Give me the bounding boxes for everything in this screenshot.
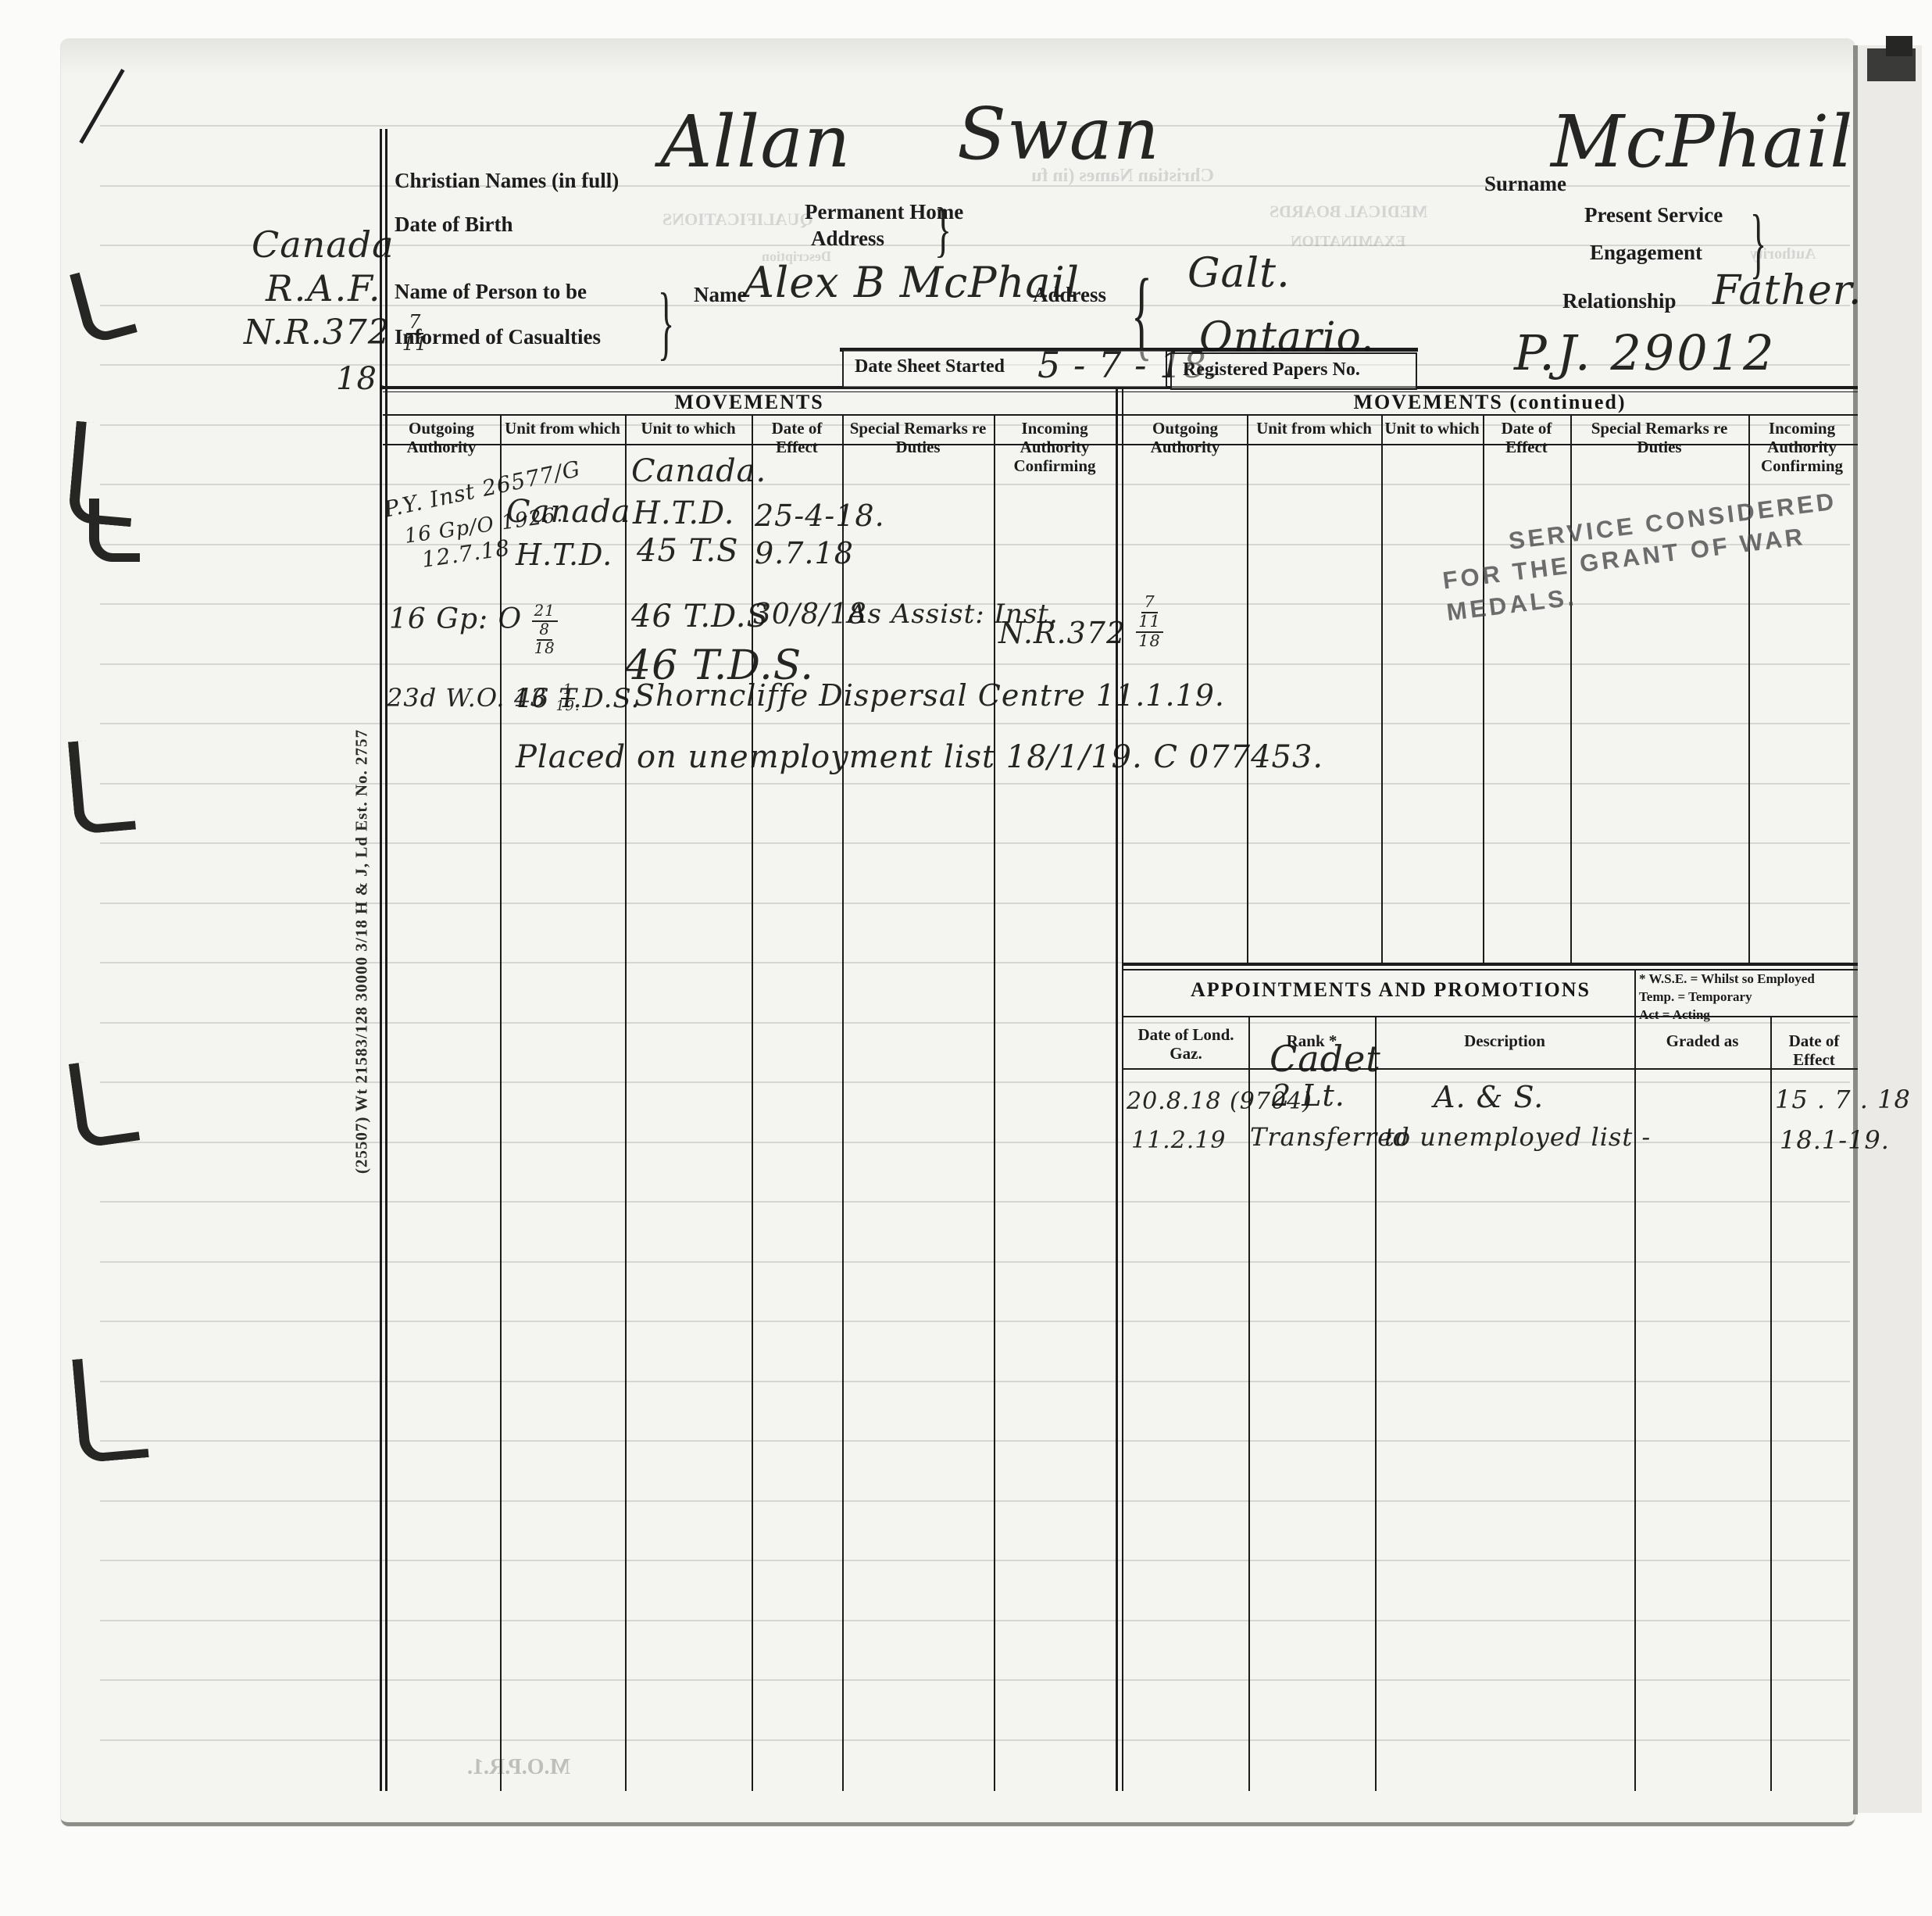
bleedthrough-text: QUALIFICATIONS: [662, 209, 813, 230]
nok-address-label: Address: [1033, 283, 1106, 307]
movements-col-unit-to: Unit to which: [627, 419, 750, 438]
ruled-line: [100, 1381, 1850, 1382]
grid-vline: [1116, 386, 1118, 1791]
binder-hole-mark: [72, 1353, 148, 1463]
movements2-col-remarks: Special Remarks re Duties: [1572, 419, 1747, 456]
grid-hline: [1123, 1068, 1858, 1070]
appt-row1-description: A. & S.: [1434, 1080, 1544, 1114]
christian-name-second-value: Swan: [957, 92, 1160, 176]
date-sheet-label: Date Sheet Started: [855, 356, 1005, 377]
movement-row1-date: 25-4-18.: [755, 499, 885, 533]
ruled-line: [100, 1261, 1850, 1263]
movements-continued-title: MOVEMENTS (continued): [1123, 391, 1856, 414]
ruled-line: [100, 1620, 1850, 1621]
grid-vline: [1570, 414, 1572, 963]
movement-pre-unit-to: Canada.: [631, 453, 766, 489]
grid-vline: [1122, 386, 1123, 1791]
movements2-col-date: Date of Effect: [1484, 419, 1569, 456]
appt-rank-cadet: Cadet: [1270, 1038, 1381, 1080]
christian-name-first-value: Allan: [660, 100, 851, 184]
adjacent-page-edge: [1858, 45, 1922, 1813]
relationship-value: Father.: [1712, 267, 1862, 314]
binder-hole-mark: [68, 737, 136, 835]
grid-vline: [625, 414, 627, 1791]
binder-edge-tab: [1886, 36, 1912, 56]
legend-act: Act = Acting: [1639, 1006, 1815, 1024]
movement-row5-note: Placed on unemployment list 18/1/19. C 0…: [516, 739, 1323, 775]
grid-vline: [1247, 414, 1248, 963]
grid-vline: [1381, 414, 1383, 963]
margin-force-note: R.A.F.: [266, 267, 381, 309]
movement-row1-unit-to: H.T.D.: [633, 495, 734, 531]
margin-service-note: Canada: [252, 223, 395, 266]
permanent-home-brace: }: [934, 194, 952, 264]
grid-vline: [1770, 1016, 1772, 1791]
appt-row1-effect: 15 . 7 . 18: [1775, 1085, 1911, 1114]
date-of-birth-label: Date of Birth: [395, 213, 512, 237]
movement-row3-authority: 16 Gp: O 21818: [389, 603, 558, 656]
movement-row3-incoming: N.R.372 71118: [998, 616, 1163, 650]
movement-row2-unit-to: 45 T.S: [637, 533, 739, 569]
movement-row1-unit-from: Canada: [506, 494, 631, 530]
appointments-title: APPOINTMENTS AND PROMOTIONS: [1141, 978, 1641, 1002]
nok-name-label: Name: [694, 283, 746, 307]
ruled-line: [100, 1440, 1850, 1442]
grid-hline: [1123, 963, 1858, 966]
nok-address-city: Galt.: [1187, 250, 1291, 297]
grid-vline: [1483, 414, 1484, 963]
bleedthrough-text: MEDICAL BOARDS: [1270, 202, 1427, 222]
christian-names-label: Christian Names (in full): [395, 169, 619, 193]
present-service-label: Present Service: [1584, 203, 1723, 227]
registered-papers-label: Registered Papers No.: [1183, 359, 1360, 381]
informed-brace: }: [658, 275, 674, 370]
papers-ref-value: P.J. 29012: [1514, 324, 1777, 381]
surname-value: McPhail: [1551, 100, 1854, 184]
movements-col-unit-from: Unit from which: [502, 419, 623, 438]
movements2-col-incoming: Incoming Authority Confirming: [1750, 419, 1854, 475]
ruled-line: [100, 484, 1850, 485]
grid-vline: [1634, 969, 1636, 1791]
movement-row3-unit-to: 46 T.D.S: [631, 599, 769, 634]
permanent-home-address-label: Address: [811, 227, 884, 251]
informed-label-line2: Informed of Casualties: [395, 325, 601, 349]
ruled-line: [100, 1500, 1850, 1502]
movements-title: MOVEMENTS: [383, 391, 1116, 414]
movements2-col-outgoing: Outgoing Authority: [1125, 419, 1245, 456]
scanned-service-record: Christian Names (in fu MEDICAL BOARDS QU…: [0, 0, 1932, 1916]
movements2-col-unit-to: Unit to which: [1383, 419, 1481, 438]
relationship-label: Relationship: [1562, 289, 1677, 313]
appt-row1-rank: 2 Lt.: [1272, 1078, 1345, 1113]
ruled-line: [100, 1739, 1850, 1741]
movements2-col-unit-from: Unit from which: [1248, 419, 1380, 438]
ruled-line: [100, 663, 1850, 665]
appt-row2-effect: 18.1-19.: [1780, 1125, 1890, 1155]
bleedthrough-text: EXAMINATION: [1291, 233, 1405, 251]
appt-row2-gaz: 11.2.19: [1131, 1127, 1227, 1154]
appt-col-gaz: Date of Lond. Gaz.: [1125, 1025, 1247, 1063]
printers-imprint: (25507) Wt 21583/128 30000 3/18 H & J, L…: [352, 678, 372, 1225]
legend-temp: Temp. = Temporary: [1639, 988, 1815, 1006]
appt-row2-description: to unemployed list -: [1384, 1122, 1651, 1152]
movements-col-remarks: Special Remarks re Duties: [844, 419, 992, 456]
ruled-line: [100, 185, 1850, 187]
movements-col-date: Date of Effect: [753, 419, 841, 456]
appt-col-graded: Graded as: [1636, 1031, 1769, 1050]
margin-ref-year: 18.: [336, 361, 388, 397]
appt-col-effect: Date of Effect: [1772, 1031, 1856, 1069]
engagement-label: Engagement: [1590, 241, 1702, 265]
legend-wse: * W.S.E. = Whilst so Employed: [1639, 971, 1815, 988]
bleedthrough-text-mopr: M.O.P.R.1.: [467, 1755, 570, 1780]
informed-label-line1: Name of Person to be: [395, 280, 587, 304]
movement-row2-unit-from: H.T.D.: [516, 538, 612, 572]
binder-hole-mark: [89, 499, 140, 562]
ruled-line: [100, 1560, 1850, 1561]
movements-col-outgoing: Outgoing Authority: [384, 419, 498, 456]
nok-name-value: Alex B McPhail: [744, 258, 1080, 307]
movement-row4-note: Shorncliffe Dispersal Centre 11.1.19.: [634, 678, 1225, 713]
movements-col-incoming: Incoming Authority Confirming: [995, 419, 1114, 475]
appt-col-description: Description: [1377, 1031, 1633, 1050]
ruled-line: [100, 1321, 1850, 1322]
grid-hline: [383, 414, 1858, 416]
appointments-legend: * W.S.E. = Whilst so Employed Temp. = Te…: [1639, 971, 1815, 1024]
movement-row2-date: 9.7.18: [755, 536, 854, 570]
movement-row4-unit-from: 46 T.D.S.: [514, 683, 640, 714]
ruled-line: [100, 1679, 1850, 1681]
